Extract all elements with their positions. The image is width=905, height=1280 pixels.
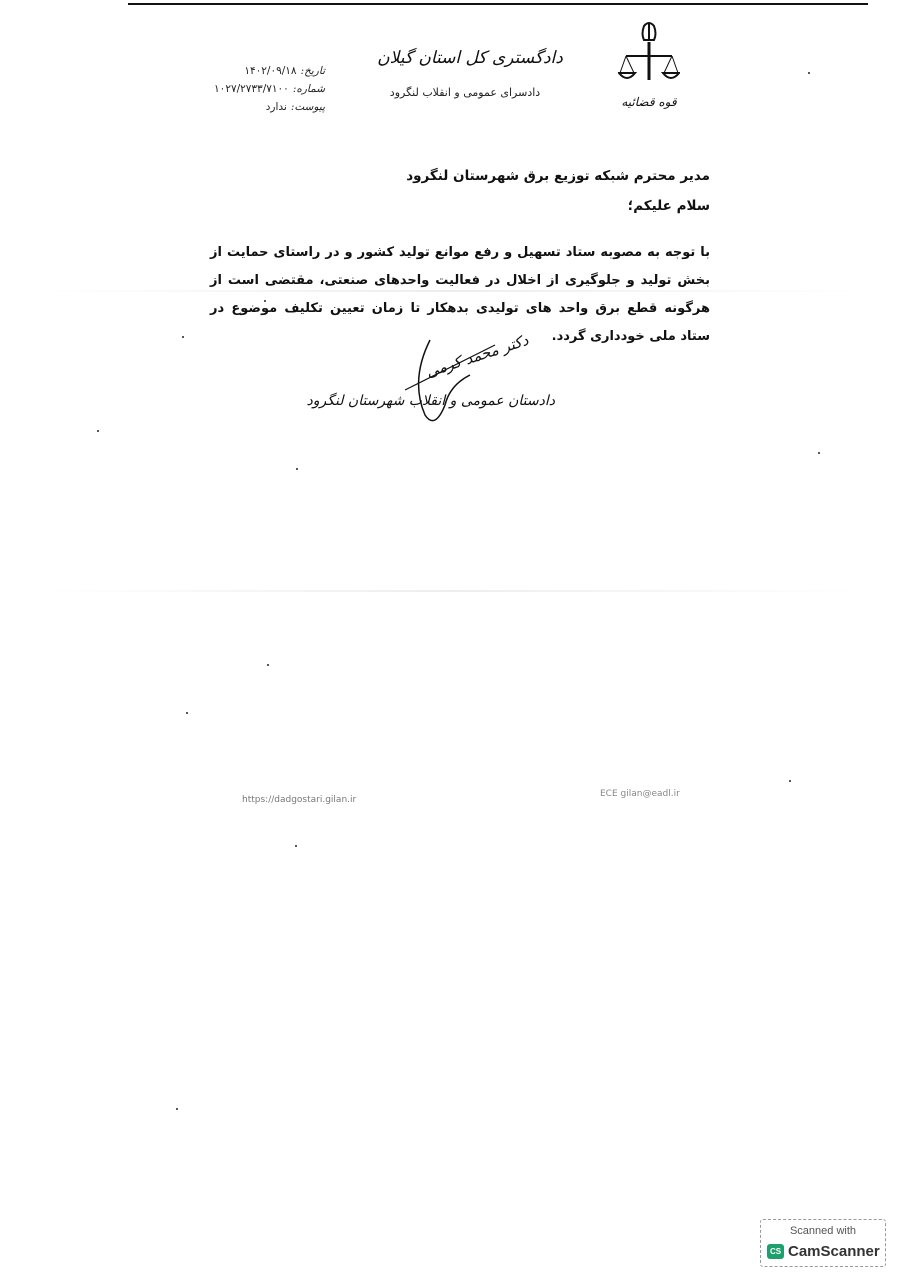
footer-email: ECE gilan@eadl.ir	[600, 789, 680, 799]
scan-speck	[818, 452, 820, 454]
attachment-label: پیوست:	[291, 98, 325, 116]
scan-speck	[264, 300, 266, 302]
org-subtitle: دادسرای عمومی و انقلاب لنگرود	[360, 86, 570, 99]
date-row: تاریخ: ۱۴۰۲/۰۹/۱۸	[200, 62, 325, 80]
camscanner-brand: CS CamScanner	[767, 1243, 880, 1260]
number-label: شماره:	[293, 80, 325, 98]
svg-text:قوه قضائیه: قوه قضائیه	[621, 95, 677, 109]
letter-meta: تاریخ: ۱۴۰۲/۰۹/۱۸ شماره: ۱۰۲۷/۲۷۳۳/۷۱۰۰ …	[200, 62, 325, 116]
paper-fold-line	[40, 290, 860, 292]
number-row: شماره: ۱۰۲۷/۲۷۳۳/۷۱۰۰	[200, 80, 325, 98]
scan-speck	[97, 430, 99, 432]
attachment-row: پیوست: ندارد	[200, 98, 325, 116]
attachment-value: ندارد	[266, 98, 287, 116]
letter-greeting: سلام علیکم؛	[628, 198, 710, 214]
camscanner-logo-icon: CS	[767, 1244, 784, 1259]
paper-fold-line	[40, 590, 860, 592]
top-border-line	[128, 3, 368, 5]
scan-speck	[267, 664, 269, 666]
signature-block: دکتر محمد کرمی دادستان عمومی و انقلاب شه…	[335, 335, 560, 430]
scan-speck	[186, 712, 188, 714]
scan-speck	[295, 845, 297, 847]
date-value: ۱۴۰۲/۰۹/۱۸	[244, 62, 296, 80]
scan-speck	[808, 72, 810, 74]
number-value: ۱۰۲۷/۲۷۳۳/۷۱۰۰	[214, 80, 289, 98]
scan-speck	[176, 1108, 178, 1110]
camscanner-name: CamScanner	[788, 1243, 880, 1260]
scan-speck	[296, 468, 298, 470]
judiciary-scales-emblem-icon: قوه قضائیه	[618, 18, 680, 113]
camscanner-watermark: Scanned with CS CamScanner	[760, 1219, 886, 1267]
scanned-with-label: Scanned with	[761, 1225, 885, 1237]
footer-website: https://dadgostari.gilan.ir	[242, 795, 356, 805]
scan-speck	[789, 780, 791, 782]
letter-recipient: مدیر محترم شبکه توزیع برق شهرستان لنگرود	[406, 168, 710, 184]
org-title: دادگستری کل استان گیلان	[370, 48, 570, 68]
scan-speck	[182, 336, 184, 338]
top-border-line	[368, 3, 868, 5]
date-label: تاریخ:	[301, 62, 325, 80]
signatory-title: دادستان عمومی و انقلاب شهرستان لنگرود	[307, 393, 555, 409]
